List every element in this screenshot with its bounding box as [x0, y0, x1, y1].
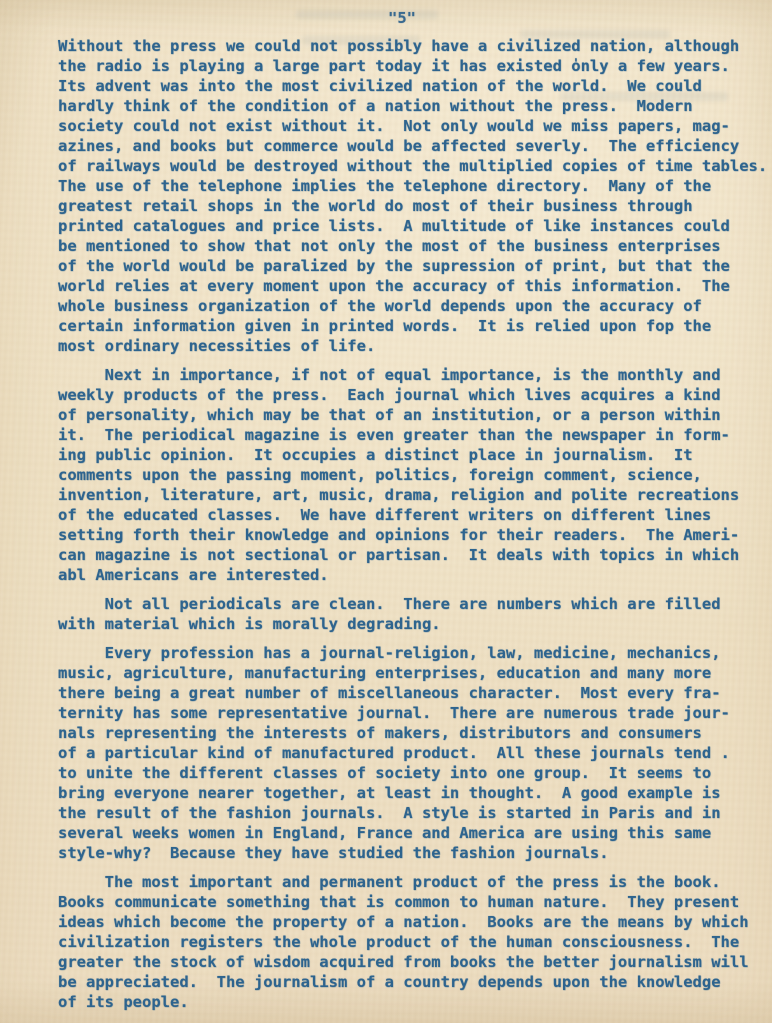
paragraph: Next in importance, if not of equal impo…	[58, 365, 770, 585]
document-page: "5" Without the press we could not possi…	[0, 0, 772, 1023]
paragraph: Not all periodicals are clean. There are…	[58, 594, 770, 634]
page-number: "5"	[388, 9, 416, 27]
paragraph: Without the press we could not possibly …	[58, 36, 770, 356]
ink-bleed-smudge	[296, 10, 438, 19]
paragraph: The most important and permanent product…	[58, 872, 770, 1012]
paragraph: Every profession has a journal-religion,…	[58, 643, 770, 863]
document-body: Without the press we could not possibly …	[58, 36, 770, 1012]
